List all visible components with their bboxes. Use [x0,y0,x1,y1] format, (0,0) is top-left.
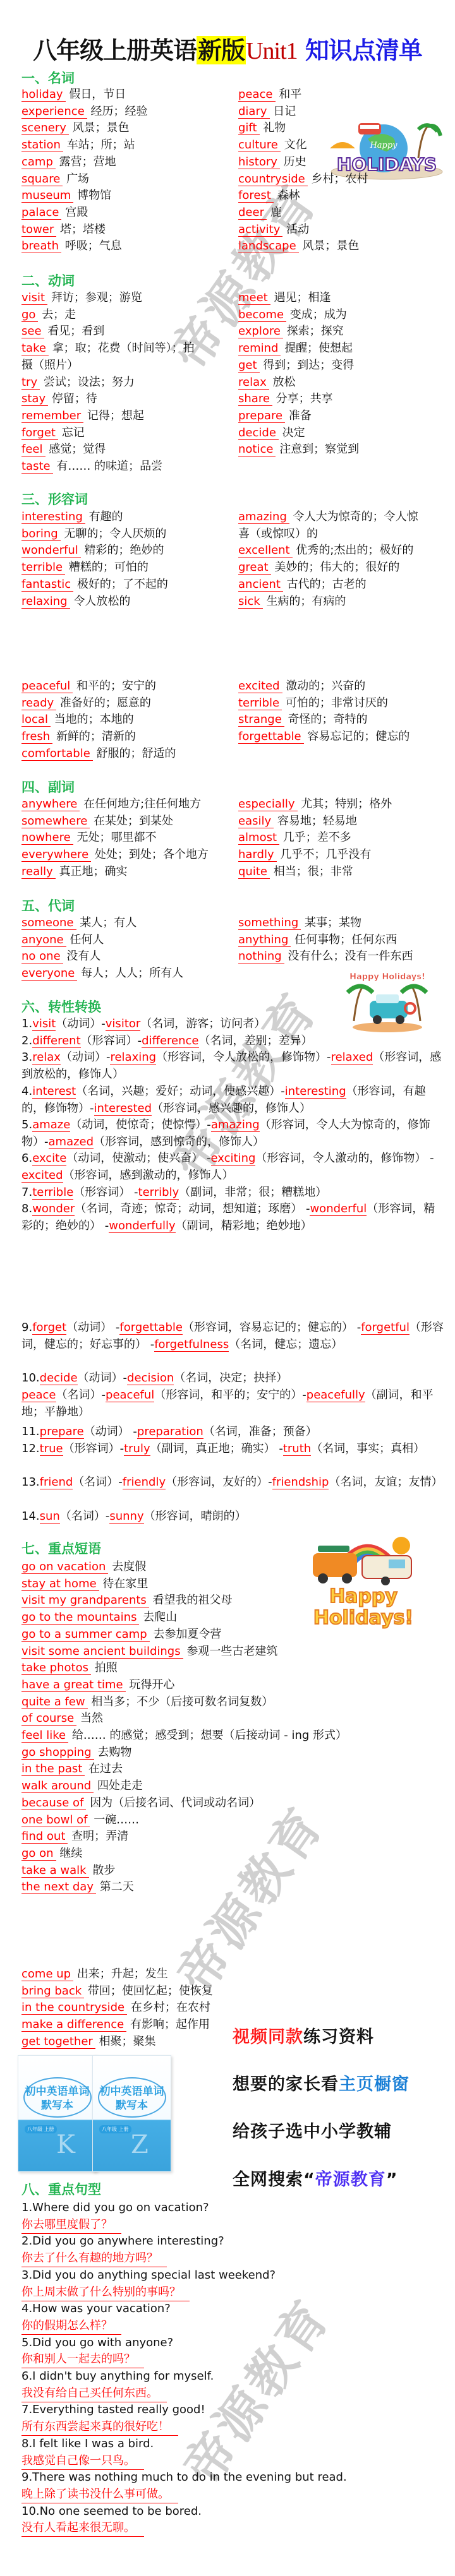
english-word: comfortable [21,747,93,761]
english-word: prepare [238,409,285,423]
vocab-row: of course 当然 [21,1710,103,1727]
vocab-row: make a difference 有影响；起作用 [21,2017,210,2033]
english-word: get [238,359,260,373]
chinese-meaning: 尝试；设法；努力 [44,376,135,389]
word-annotation: （动词） - [66,1321,119,1334]
english-word: visit [21,291,47,305]
vocab-row: square 广场 [21,171,89,188]
vocab-row: go on vacation 去度假 [21,1559,146,1575]
chinese-meaning: 某事；某物 [305,916,361,929]
vocab-row: taste 有…… 的味道；品尝 [21,458,162,475]
heading-nouns: 一、名词 [21,70,75,86]
vocab-row: anything 任何事物；任何东西 [238,932,397,948]
chinese-meaning: 无聊的；令人厌烦的 [64,527,166,540]
workbook-grade: 八年级 上册 [99,2125,131,2133]
english-word: decision [127,1371,174,1385]
english-word: terrible [21,561,65,575]
vocab-row: find out 查明；弄清 [21,1828,128,1845]
english-word: go to the mountains [21,1611,139,1625]
word-annotation: （名词）- [60,1510,110,1523]
chinese-meaning: 去参加夏令营 [153,1628,221,1641]
word-annotation: （形容词，令人放松的，修饰物）- [156,1051,331,1064]
vocab-row: get together 相聚；聚集 [21,2034,156,2050]
chinese-meaning: 车站；所；站 [67,138,135,152]
english-word: relaxing [21,595,70,609]
chinese-meaning: 去爬山 [143,1611,177,1624]
sentence-english: 8.I felt like I was a bird. [21,2436,154,2452]
word-annotation: （动词）- [78,1371,128,1385]
svg-text:Holidays!: Holidays! [313,1607,413,1629]
english-word: culture [238,138,281,152]
chinese-meaning: 假日，节日 [69,88,126,101]
english-word: stay [21,392,48,406]
conversion-item: peace（名词）-peaceful（形容词，和平的；安宁的）-peaceful… [21,1387,445,1421]
word-annotation: （形容词，感兴趣的，修饰人） [152,1102,311,1115]
vocab-row: anyone 任何人 [21,932,104,948]
english-word: go shopping [21,1746,94,1760]
chinese-meaning: 拍照 [95,1661,118,1674]
chinese-meaning: 风景；景色 [302,239,359,253]
vocab-row: explore 探索；探究 [238,323,344,340]
english-word: countryside [238,172,308,186]
vocab-row: have a great time 玩得开心 [21,1677,174,1693]
chinese-meaning: 森林 [277,189,300,202]
vocab-row: boring 无聊的；令人厌烦的 [21,526,166,542]
english-word: excite [32,1152,66,1166]
vocab-row: camp 露营；营地 [21,154,116,170]
word-annotation: （副词，真正地；确实） - [150,1442,283,1455]
english-word: quite a few [21,1695,88,1709]
word-annotation: （形容词，晴朗的） [144,1510,246,1523]
english-word: become [238,308,286,322]
english-word: something [238,916,301,930]
chinese-meaning: 容易地；轻易地 [277,814,357,828]
vocab-row: comfortable 舒服的；舒适的 [21,746,176,762]
promo-line-3: 给孩子选中小学教辅 [233,2121,392,2144]
chinese-meaning: 在过去 [88,1762,123,1775]
english-word: have a great time [21,1678,126,1692]
vocab-row: scenery 风景；景色 [21,120,130,136]
chinese-meaning: 任何人 [70,933,104,946]
chinese-meaning: 准备 [289,409,312,422]
word-annotation: （名词）- [73,1476,123,1489]
english-word: museum [21,189,73,203]
chinese-meaning: 注意到；察觉到 [279,443,359,456]
english-word: visit [32,1017,56,1031]
chinese-meaning: 分享；共享 [276,392,333,405]
word-annotation: （形容词）- [81,1034,142,1047]
word-annotation: 4. [21,1085,32,1098]
chinese-meaning: 无处；哪里都不 [76,831,156,844]
word-annotation: （形容词，感到激动的，修饰人） [63,1169,234,1182]
sentence-chinese: 我没有给自己买任何东西。 [21,2385,167,2402]
english-word: friend [40,1476,73,1489]
vocab-row: prepare 准备 [238,408,312,424]
vocab-row: interesting 有趣的 [21,509,123,525]
workbook-title: 初中英语单词默写本 [18,2085,96,2113]
vocab-row: notice 注意到；察觉到 [238,441,359,458]
english-word: peaceful [21,679,73,693]
chinese-meaning: 优秀的;杰出的；极好的 [296,544,413,557]
vocab-row: holiday 假日，节日 [21,86,126,103]
vocab-row: diary 日记 [238,104,296,120]
chinese-meaning: 在任何地方;往任何地方 [83,797,201,811]
english-word: take [21,342,49,355]
chinese-meaning: 任何事物；任何东西 [294,933,397,946]
word-annotation: （名词，奇迹；惊奇；动词，想知道；琢磨） - [75,1202,310,1215]
english-word: amazed [49,1135,94,1149]
english-word: tower [21,223,56,237]
english-word: see [21,325,44,338]
conversion-item: 10.decide（动词）-decision（名词，决定；抉择） [21,1370,445,1387]
chinese-meaning: 一碗…… [94,1813,139,1827]
chinese-meaning: 拜访；参观；游览 [51,291,142,304]
english-word: notice [238,443,276,456]
english-word: especially [238,797,298,811]
sentence-chinese: 没有人看起来很无聊。 [21,2520,144,2537]
workbook-cover: 初中英语单词默写本 八年级 上册 Z [92,2055,171,2172]
chinese-meaning: 相聚；聚集 [99,2035,156,2048]
english-word: the next day [21,1880,96,1894]
chinese-meaning: 可怕的；非常讨厌的 [286,696,388,710]
chinese-meaning: 记得；想起 [87,409,144,422]
chinese-meaning: 有影响；起作用 [130,2018,210,2031]
word-annotation: 13. [21,1476,40,1489]
english-word: peace [238,88,276,102]
english-word: friendly [123,1476,166,1489]
english-word: in the countryside [21,2001,127,2015]
heading-adjectives: 三、形容词 [21,491,88,508]
vocab-row: hardly 几乎不；几乎没有 [238,847,371,863]
chinese-meaning: 待在家里 [102,1577,148,1590]
watermark: 帝源教育 [164,2282,344,2496]
chinese-meaning: 活动 [286,223,309,236]
english-word: exciting [211,1152,256,1166]
english-word: feel [21,443,45,456]
chinese-meaning: 美妙的；伟大的；很好的 [274,561,399,574]
english-word: palace [21,206,61,220]
vocab-row: feel like 给…… 的感觉；感受到；想要（后接动词 - ing 形式） [21,1727,347,1744]
english-word: truly [124,1442,150,1456]
chinese-meaning: 博物馆 [77,189,111,202]
english-word: breath [21,239,61,253]
conversion-item: 3.relax（动词）-relaxing（形容词，令人放松的，修饰物）-rela… [21,1049,445,1083]
word-annotation: （名词，准备；预备） [203,1425,317,1438]
english-word: take a walk [21,1864,89,1878]
chinese-meaning: 令人大为惊奇的；令人惊 [293,510,418,523]
english-word: friendship [272,1476,329,1489]
sentence-chinese: 你去了什么有趣的地方吗？ [21,2250,167,2267]
english-word: fresh [21,730,52,744]
word-annotation: （形容词，令人激动的，修饰物） - [255,1152,434,1165]
chinese-meaning: 日记 [273,105,296,118]
vocab-row: anywhere 在任何地方;往任何地方 [21,796,201,813]
english-word: walk around [21,1779,94,1793]
vocab-row: fantastic 极好的；了不起的 [21,576,168,593]
vocab-row: meet 遇见；相逢 [238,290,331,306]
word-annotation: （形容词，容易忘记的；健忘的） - [183,1321,361,1334]
vocab-row: in the countryside 在乡村；在农村 [21,2000,210,2016]
word-annotation: 1. [21,1017,32,1030]
english-word: local [21,713,51,727]
english-word: remind [238,342,281,355]
vocab-row: gift 礼物 [238,120,286,136]
vocab-row: go to the mountains 去爬山 [21,1609,177,1626]
english-word: bring back [21,1984,84,1998]
chinese-meaning: 停留；待 [52,392,97,405]
sentence-chinese: 晚上除了读书没什么事可做。 [21,2486,178,2503]
vocab-row: visit some ancient buildings 参观一些古老建筑 [21,1643,277,1660]
english-word: excellent [238,544,293,558]
english-word: forgetfulness [154,1338,229,1352]
chinese-meaning: 相当多；不少（后接可数名词复数） [91,1695,273,1708]
english-word: activity [238,223,282,237]
chinese-meaning: 处处；到处；各个地方 [95,848,209,861]
vocab-row: almost 几乎；差不多 [238,830,351,846]
chinese-meaning: 遇见；相逢 [274,291,331,304]
chinese-meaning: 出来；升起；发生 [77,1967,168,1981]
english-word: nothing [238,950,284,963]
vocab-row: culture 文化 [238,137,307,153]
chinese-meaning: 容易忘记的；健忘的 [307,730,409,743]
english-word: peaceful [106,1388,154,1402]
english-word: wonderful [310,1202,367,1216]
english-word: diary [238,105,270,119]
english-word: anywhere [21,797,80,811]
conversion-item: 8.wonder（名词，奇迹；惊奇；动词，想知道；琢磨） -wonderful（… [21,1201,445,1234]
vocab-row: take a walk 散步 [21,1863,115,1879]
vocab-row: stay at home 待在家里 [21,1576,148,1592]
english-word: find out [21,1830,68,1844]
english-word: taste [21,460,53,474]
workbook-letter: Z [131,2130,149,2159]
chinese-meaning: 鹿 [270,206,282,219]
vocab-row: strange 奇怪的；奇特的 [238,712,368,728]
english-word: peacefully [306,1388,365,1402]
sentence-english: 7.Everything tasted really good! [21,2402,205,2418]
vocab-row: especially 尤其；特别；格外 [238,796,392,813]
vocab-row: local 当地的；本地的 [21,712,134,728]
english-word: camp [21,155,56,169]
sentence-english: 3.Did you do anything special last weeke… [21,2267,276,2284]
english-word: get together [21,2035,95,2049]
word-annotation: （名词，友谊；友情） [329,1476,442,1489]
happy-holidays-caravan-image: Happy Holidays! [300,1528,430,1629]
english-word: terribly [138,1186,179,1200]
english-word: preparation [137,1425,203,1439]
english-word: peace [21,1388,56,1402]
sentence-chinese: 所有东西尝起来真的很好吃！ [21,2419,178,2436]
english-word: visit some ancient buildings [21,1645,183,1659]
word-annotation: 14. [21,1510,40,1523]
vocab-row: stay 停留；待 [21,391,97,407]
chinese-meaning: 几乎不；几乎没有 [280,848,371,861]
word-annotation: （动词）- [61,1051,111,1064]
word-annotation: 10. [21,1371,40,1385]
english-word: different [32,1034,80,1048]
chinese-meaning: 查明；弄清 [71,1830,128,1843]
chinese-meaning: 没有什么；没有一件东西 [288,950,413,963]
sentence-english: 2.Did you go anywhere interesting? [21,2233,224,2250]
vocab-row: go on 继续 [21,1846,82,1862]
chinese-meaning: 变成；成为 [290,308,347,321]
vocab-row: sick 生病的；有病的 [238,593,346,610]
heading-sentences: 八、重点句型 [21,2181,101,2198]
sentence-english: 4.How was your vacation? [21,2301,171,2317]
english-word: interesting [21,510,85,524]
english-word: decide [40,1371,78,1385]
english-word: make a difference [21,2018,126,2032]
chinese-meaning: 有趣的 [89,510,123,523]
heading-adverbs: 四、副词 [21,779,75,796]
word-annotation: （名词，游客；访问者） [140,1017,265,1030]
chinese-meaning: 去购物 [97,1746,131,1759]
english-word: everywhere [21,848,91,862]
conversion-item: 11.prepare（动词） -preparation（名词，准备；预备） [21,1424,445,1441]
vocab-row: fresh 新鲜的；清新的 [21,729,136,745]
english-word: take photos [21,1661,91,1675]
vocab-row: something 某事；某物 [238,915,361,931]
chinese-meaning: 令人放松的 [73,595,130,608]
english-word: in the past [21,1762,85,1776]
vocab-row: peace 和平 [238,86,301,103]
conversion-item: 9.forget（动词） -forgettable（形容词，容易忘记的；健忘的）… [21,1320,445,1353]
vocab-row: bring back 带回；使回忆起；使恢复 [21,1983,213,2000]
word-annotation: （副词，精彩地；绝妙地） [176,1219,312,1232]
conversion-item: 14.sun（名词）-sunny（形容词，晴朗的） [21,1508,445,1525]
english-word: amaze [32,1118,70,1132]
svg-text:Happy: Happy [329,1585,397,1607]
english-word: excited [21,1169,63,1183]
word-annotation: （名词，差别；差异） [199,1034,313,1047]
chinese-meaning: 在乡村；在农村 [131,2001,210,2014]
chinese-meaning: 感觉；觉得 [49,443,106,456]
english-word: hardly [238,848,277,862]
vocab-row: in the past 在过去 [21,1761,123,1777]
english-word: scenery [21,121,69,135]
page-title: 八年级上册英语新版Unit1 知识点清单 [0,33,455,69]
english-word: visitor [106,1017,141,1031]
vocab-row-continuation: 喜（或惊叹）的 [238,526,318,542]
vocab-row: peaceful 和平的；安宁的 [21,678,156,695]
word-annotation: 9. [21,1321,32,1334]
vocab-row: someone 某人；有人 [21,915,136,931]
chinese-meaning: 在某处；到某处 [94,814,173,828]
sentence-english: 6.I didn't buy anything for myself. [21,2368,214,2385]
word-annotation: （名词）- [56,1388,106,1402]
chinese-meaning: 尤其；特别；格外 [301,797,392,811]
word-annotation: （形容词，和平的；安宁的）- [154,1388,306,1402]
chinese-meaning: 和平 [279,88,301,101]
word-annotation: （形容词） - [73,1186,138,1199]
vocab-row: palace 宫殿 [21,205,88,221]
chinese-meaning: 因为（后接名词、代词或动名词） [90,1796,260,1810]
vocab-row: relaxing 令人放松的 [21,593,130,610]
english-word: history [238,155,280,169]
vocab-row: feel 感觉；觉得 [21,441,106,458]
chinese-meaning: 得到；到达；变得 [263,359,354,372]
english-word: fantastic [21,578,73,592]
vocab-row: experience 经历；经验 [21,104,148,120]
sentence-chinese: 你上周末做了什么特别的事吗？ [21,2284,190,2301]
chinese-meaning: 继续 [59,1847,82,1860]
chinese-meaning: 每人；人人；所有人 [81,967,183,980]
conversion-item: 6.excite（动词，使激动；使兴奋） -exciting（形容词，令人激动的… [21,1150,445,1184]
chinese-meaning: 糟糕的；可怕的 [69,561,149,574]
chinese-meaning: 参观一些古老建筑 [186,1645,277,1658]
chinese-meaning: 去度假 [112,1560,146,1573]
conversion-item: 4.interest（名词，兴趣；爱好；动词，使感兴趣）-interesting… [21,1083,445,1117]
heading-conversions: 六、转性转换 [21,999,101,1015]
vocab-row: see 看见；看到 [21,323,104,340]
vocab-row: quite a few 相当多；不少（后接可数名词复数） [21,1694,273,1710]
english-word: stay at home [21,1577,99,1591]
english-word: forget [32,1321,66,1335]
chinese-meaning: 四处走走 [97,1779,143,1792]
english-word: because of [21,1796,86,1810]
chinese-meaning: 玩得开心 [129,1678,174,1691]
word-annotation: 8. [21,1202,32,1215]
vocab-row: really 真正地；确实 [21,864,128,880]
english-word: true [40,1442,63,1456]
chinese-meaning: 某人；有人 [80,916,136,929]
promo-line-1: 视频同款练习资料 [233,2026,374,2049]
english-word: forest [238,189,274,203]
vocab-row: activity 活动 [238,222,309,238]
vocab-row: come up 出来；升起；发生 [21,1966,168,1983]
english-word: anything [238,933,291,947]
english-word: terrible [32,1186,73,1200]
vocab-row: great 美妙的；伟大的；很好的 [238,559,399,576]
vocab-row: everywhere 处处；到处；各个地方 [21,847,209,863]
english-word: deer [238,206,267,220]
vocab-row: get 得到；到达；变得 [238,357,354,374]
vocab-row: go shopping 去购物 [21,1744,131,1761]
word-annotation: （形容词，感到惊奇的，修饰人） [94,1135,264,1148]
conversion-item: 7.terrible（形容词） -terribly（副词，非常；很；糟糕地） [21,1184,445,1202]
heading-pronouns: 五、代词 [21,898,75,914]
english-word: visit my grandparents [21,1594,149,1607]
chinese-meaning: 看望我的祖父母 [153,1594,233,1607]
vocab-row: one bowl of 一碗…… [21,1812,139,1828]
vocab-row: decide 决定 [238,425,305,441]
promo-line-2: 想要的家长看主页橱窗 [233,2073,409,2096]
vocab-row: ready 准备好的；愿意的 [21,695,151,712]
english-word: landscape [238,239,299,253]
english-word: come up [21,1967,73,1981]
heading-verbs: 二、动词 [21,273,75,289]
chinese-meaning: 给…… 的感觉；感受到；想要（后接动词 - ing 形式） [72,1729,347,1742]
sentence-chinese: 我感觉自己像一只鸟。 [21,2453,144,2470]
title-highlight: 新版 [197,36,246,64]
chinese-meaning: 塔；塔楼 [60,223,106,236]
sentence-chinese: 你的假期怎么样？ [21,2318,121,2335]
watermark: 帝源教育 [158,1790,337,2004]
vocab-row: amazing 令人大为惊奇的；令人惊 [238,509,418,525]
chinese-meaning: 极好的；了不起的 [77,578,168,591]
english-word: gift [238,121,260,135]
english-word: ancient [238,578,283,592]
english-word: forget [21,426,58,440]
sentence-english: 1.Where did you go on vacation? [21,2200,209,2216]
english-word: explore [238,325,283,338]
vocab-row: remind 提醒；使想起 [238,340,353,357]
english-word: someone [21,916,76,930]
vocab-row: become 变成；成为 [238,307,347,323]
english-word: relaxed [331,1051,373,1064]
english-word: go to a summer camp [21,1628,150,1642]
svg-text:Happy: Happy [369,141,397,150]
